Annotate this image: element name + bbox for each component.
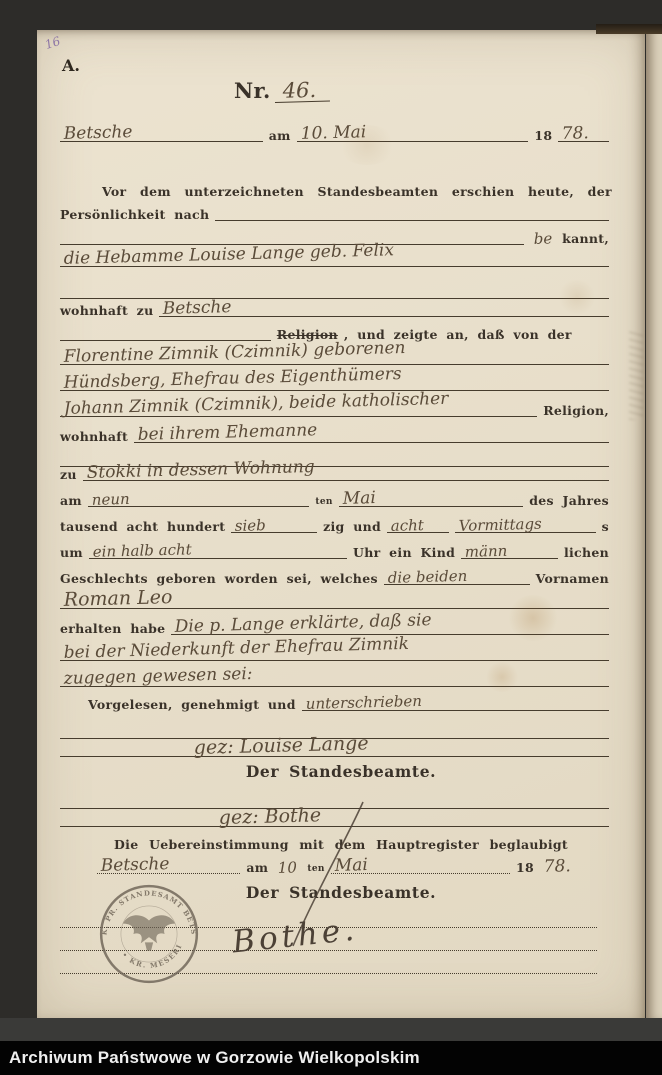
year-tens-handwritten: sieb [231, 518, 270, 533]
archive-name: Archiwum Państwowe w Gorzowie Wielkopols… [0, 1048, 420, 1068]
registrar-heading-1: Der Standesbeamte. [37, 759, 645, 779]
mother-line-1: Florentine Zimnik (Czimnik) geborenen [60, 345, 609, 365]
time-handwritten: ein halb acht [89, 543, 196, 559]
unterschrieben-handwritten: unterschrieben [301, 694, 425, 711]
vornamen-count-handwritten: die beiden [383, 569, 471, 585]
residence2-line: wohnhaft bei ihrem Ehemanne [60, 423, 609, 443]
year-handwritten: 78. [558, 126, 593, 142]
signature1-line: gez: Louise Lange [60, 737, 609, 757]
known-handwritten: be [529, 232, 556, 246]
record-number-value: 46. [274, 81, 330, 103]
father-line: Johann Zimnik (Czimnik), beide katholisc… [60, 397, 609, 417]
certify-year-handwritten: 78. [540, 859, 575, 875]
archive-footer-bar: Archiwum Państwowe w Gorzowie Wielkopols… [0, 1041, 662, 1075]
ten-label: ten [315, 498, 332, 507]
birthplace-line: zu Stokki in dessen Wohnung [60, 461, 609, 481]
place-date-line: Betsche am 10. Mai 18 78. [60, 122, 609, 142]
date-handwritten: 10. Mai [296, 125, 370, 142]
known-printed: kannt, [562, 233, 609, 246]
gender-handwritten: männ [461, 544, 512, 559]
registry-page: 16 A. Nr. 46. Betsche am 10. Mai 18 78. … [37, 30, 645, 1018]
century-printed: 18 [534, 130, 552, 143]
tausend-label: tausend acht hundert [60, 521, 225, 534]
witness-note-line-2: bei der Niederkunft der Ehefrau Zimnik [60, 641, 609, 661]
um-label: um [60, 547, 83, 560]
wohnhaft-label: wohnhaft [60, 431, 128, 444]
child-names-line: Roman Leo [60, 589, 609, 609]
ink-bleed-through [629, 330, 643, 420]
geschlechts-label: Geschlechts geboren worden sei, welches [60, 573, 378, 586]
am-label: am [269, 130, 291, 143]
day-handwritten: neun [88, 492, 134, 507]
viewer-background-strip [0, 1018, 662, 1041]
certify-century-printed: 18 [516, 862, 534, 875]
residence-line: wohnhaft zu Betsche [60, 297, 609, 317]
official-seal-stamp: K. PR. STANDESAMT BETSCHE LANDBEZ. • KR.… [97, 882, 201, 986]
father-handwritten: Johann Zimnik (Czimnik), beide katholisc… [60, 391, 453, 417]
child-names-handwritten: Roman Leo [60, 589, 177, 609]
religion-clause-line: Religion , und zeigte an, daß von der [60, 321, 609, 341]
witness-note-line-3: zugegen gewesen sei: [60, 667, 609, 687]
erhalten-line: erhalten habe Die p. Lange erklärte, daß… [60, 615, 609, 635]
am-label-2: am [60, 495, 82, 508]
vornamen-label: Vornamen [536, 573, 609, 586]
certify-place-handwritten: Betsche [97, 857, 174, 874]
residence-handwritten: Betsche [159, 300, 236, 317]
declarant-handwritten: die Hebamme Louise Lange geb. Felix [60, 243, 399, 267]
record-number: Nr. 46. [187, 80, 377, 103]
vorgelesen-line: Vorgelesen, genehmigt und unterschrieben [60, 691, 609, 711]
prussian-eagle-icon [123, 915, 175, 950]
adjacent-page-edge [646, 30, 662, 1018]
section-letter: A. [62, 56, 80, 75]
birthday-line: am neun ten Mai des Jahres [60, 487, 609, 507]
lichen-label: lichen [564, 547, 609, 560]
uhr-kind-label: Uhr ein Kind [353, 547, 455, 560]
month-handwritten: Mai [338, 491, 379, 507]
birthyear-line: tausend acht hundert sieb zig und acht V… [60, 513, 609, 533]
birthtime-line: um ein halb acht Uhr ein Kind männ liche… [60, 539, 609, 559]
place-handwritten: Betsche [60, 125, 137, 142]
daytime-handwritten: Vormittags [455, 517, 546, 533]
blank-rule-1 [60, 279, 609, 299]
birthplace-handwritten: Stokki in dessen Wohnung [82, 460, 318, 481]
mother-line-2: Hündsberg, Ehefrau des Eigenthümers [60, 371, 609, 391]
year-ones-handwritten: acht [387, 518, 428, 533]
wohnhaft-zu-label: wohnhaft zu [60, 305, 153, 318]
s-fragment: s [602, 521, 609, 534]
intro-line-2: Persönlichkeit nach [60, 201, 609, 221]
erhalten-label: erhalten habe [60, 623, 165, 636]
des-jahres-label: des Jahres [529, 495, 609, 508]
record-number-label: Nr. [234, 78, 271, 103]
zu-label: zu [60, 469, 77, 482]
declarant-line: die Hebamme Louise Lange geb. Felix [60, 247, 609, 267]
religion-printed: Religion, [543, 405, 609, 418]
signature1-handwritten: gez: Louise Lange [190, 735, 373, 757]
archival-margin-note: 16 [43, 34, 62, 52]
geschlecht-line: Geschlechts geboren worden sei, welches … [60, 565, 609, 585]
residence2-handwritten: bei ihrem Ehemanne [134, 423, 322, 443]
intro-line-1: Vor dem unterzeichneten Standesbeamten e… [60, 178, 609, 198]
vorgelesen-label: Vorgelesen, genehmigt und [88, 699, 296, 712]
book-spine-edge [596, 24, 662, 34]
witness-note-1: Die p. Lange erklärte, daß sie [171, 613, 436, 635]
certify-am-label: am [246, 862, 268, 875]
zig-und-label: zig und [323, 521, 381, 534]
